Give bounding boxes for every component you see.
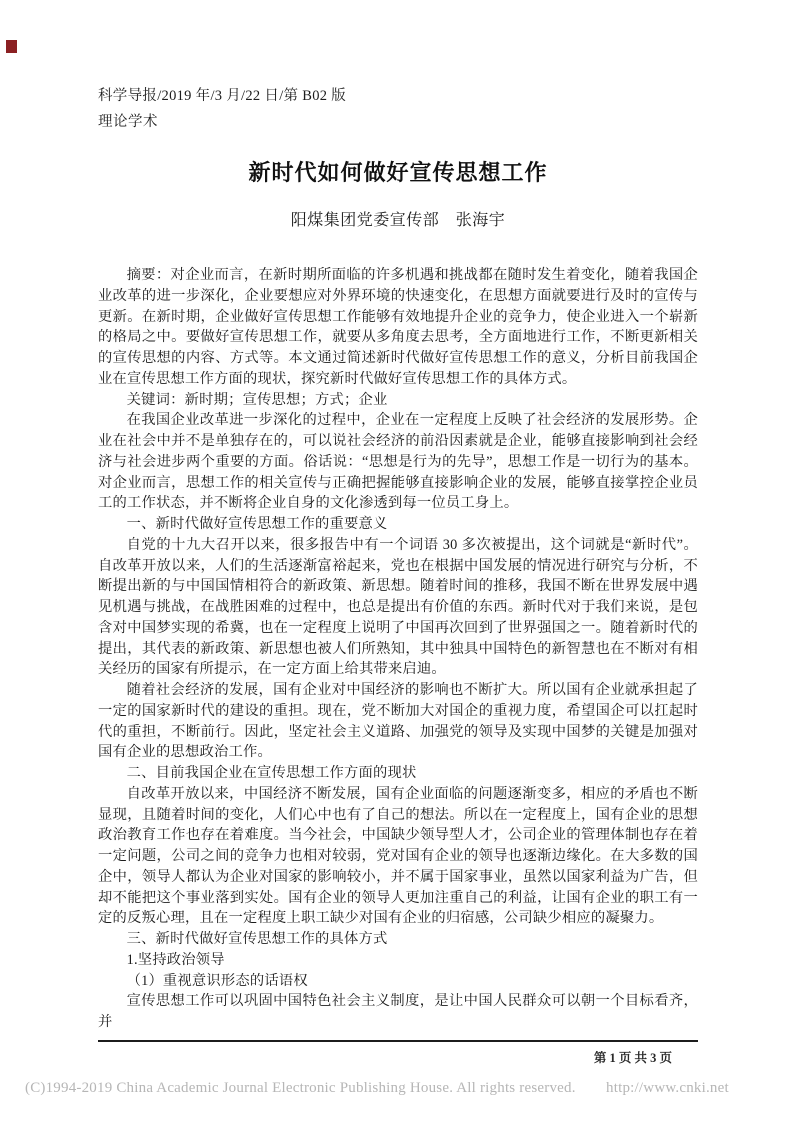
article-content: 科学导报/2019 年/3 月/22 日/第 B02 版 理论学术 新时代如何做… [98, 0, 698, 1067]
paragraph: 摘要：对企业而言，在新时期所面临的许多机遇和挑战都在随时发生着变化，随着我国企业… [98, 265, 698, 390]
section-heading: 一、新时代做好宣传思想工作的重要意义 [98, 514, 698, 535]
author-byline: 阳煤集团党委宣传部 张海宇 [98, 211, 698, 231]
copyright-notice: (C)1994-2019 China Academic Journal Elec… [25, 1079, 785, 1098]
section-heading: 三、新时代做好宣传思想工作的具体方式 [98, 929, 698, 950]
paragraph: 1.坚持政治领导 [98, 950, 698, 971]
section-name: 理论学术 [98, 113, 698, 132]
paragraph: （1）重视意识形态的话语权 [98, 971, 698, 992]
paragraph: 自改革开放以来，中国经济不断发展，国有企业面临的问题逐渐变多，相应的矛盾也不断显… [98, 784, 698, 929]
document-page: 科学导报/2019 年/3 月/22 日/第 B02 版 理论学术 新时代如何做… [0, 0, 793, 1122]
paragraph: 宣传思想工作可以巩固中国特色社会主义制度，是让中国人民群众可以朝一个目标看齐，并 [98, 991, 698, 1033]
footer-divider-line [98, 1040, 698, 1042]
paragraph: 关键词：新时期；宣传思想；方式；企业 [98, 390, 698, 411]
red-annotation-marker [6, 40, 17, 53]
paragraph: 自党的十九大召开以来，很多报告中有一个词语 30 多次被提出，这个词就是“新时代… [98, 535, 698, 680]
article-title: 新时代如何做好宣传思想工作 [98, 159, 698, 187]
paragraph: 在我国企业改革进一步深化的过程中，企业在一定程度上反映了社会经济的发展形势。企业… [98, 410, 698, 514]
publication-info: 科学导报/2019 年/3 月/22 日/第 B02 版 [98, 87, 698, 106]
section-heading: 二、目前我国企业在宣传思想工作方面的现状 [98, 763, 698, 784]
article-body: 摘要：对企业而言，在新时期所面临的许多机遇和挑战都在随时发生着变化，随着我国企业… [98, 265, 698, 1033]
page-number-indicator: 第 1 页 共 3 页 [98, 1050, 698, 1067]
paragraph: 随着社会经济的发展，国有企业对中国经济的影响也不断扩大。所以国有企业就承担起了一… [98, 680, 698, 763]
